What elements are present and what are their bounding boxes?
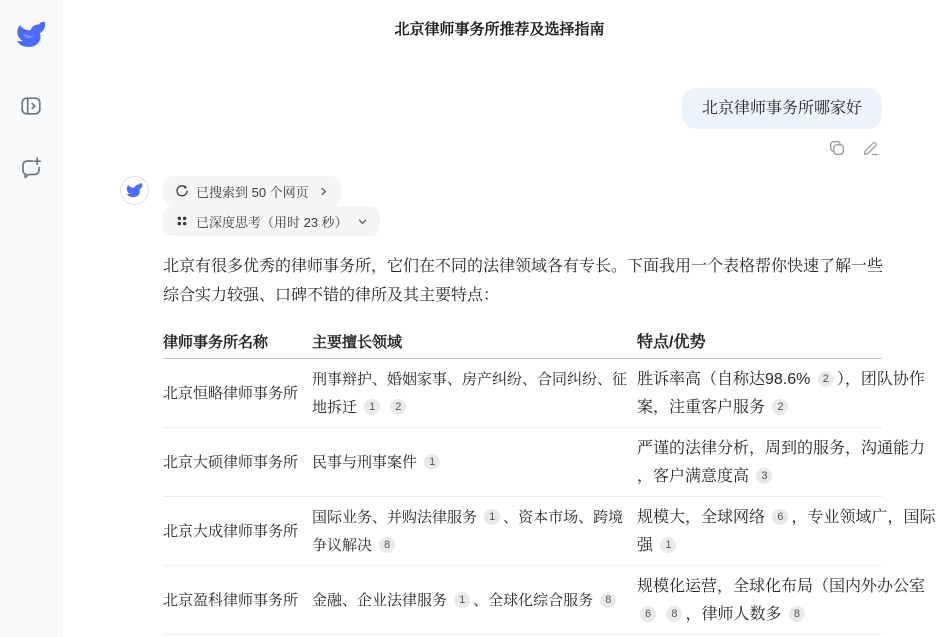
sidebar — [0, 0, 62, 637]
table-header-row: 律师事务所名称 主要擅长领域 特点/优势 — [163, 326, 937, 359]
law-firm-table: 律师事务所名称 主要擅长领域 特点/优势 北京恒略律师事务所刑事辩护、婚姻家事、… — [163, 326, 937, 635]
chevron-down-icon — [357, 216, 368, 227]
firm-name-cell: 北京大硕律师事务所 — [163, 449, 312, 477]
expertise-cell: 刑事辩护、婚姻家事、房产纠纷、合同纠纷、征地拆迁 1 2 — [312, 366, 637, 422]
table-row: 北京大硕律师事务所民事与刑事案件 1严谨的法律分析，周到的服务，沟通能力，客户满… — [163, 428, 937, 497]
table-row: 北京恒略律师事务所刑事辩护、婚姻家事、房产纠纷、合同纠纷、征地拆迁 1 2胜诉率… — [163, 359, 937, 428]
answer-intro-paragraph: 北京有很多优秀的律师事务所，它们在不同的法律领域各有专长。下面我用一个表格帮你快… — [163, 253, 891, 310]
copy-icon[interactable] — [828, 139, 846, 157]
features-cell: 胜诉率高（自称达98.6% 2），团队协作案，注重客户服务 2 — [637, 366, 937, 422]
citation-badge[interactable]: 8 — [600, 592, 616, 608]
citation-badge[interactable]: 8 — [789, 606, 805, 622]
citation-badge[interactable]: 2 — [772, 399, 788, 415]
web-search-icon — [175, 184, 189, 198]
features-cell: 严谨的法律分析，周到的服务，沟通能力，客户满意度高 3 — [637, 435, 937, 491]
message-actions — [163, 139, 882, 157]
assistant-avatar — [120, 176, 149, 205]
features-cell: 规模大，全球网络 6，专业领域广，国际强 1 — [637, 504, 937, 560]
firm-name-cell: 北京大成律师事务所 — [163, 518, 312, 546]
law-firm-table-body: 北京恒略律师事务所刑事辩护、婚姻家事、房产纠纷、合同纠纷、征地拆迁 1 2胜诉率… — [163, 359, 937, 635]
deep-think-chip[interactable]: 已深度思考（用时 23 秒） — [163, 206, 380, 236]
search-status-label: 已搜索到 50 个网页 — [196, 182, 309, 201]
user-message-bubble: 北京律师事务所哪家好 — [682, 88, 882, 129]
assistant-response: 已搜索到 50 个网页 已深度思考（用时 23 秒） — [163, 176, 882, 635]
new-chat-icon[interactable] — [19, 156, 43, 180]
edit-icon[interactable] — [861, 139, 879, 157]
citation-badge[interactable]: 6 — [640, 606, 656, 622]
table-row: 北京盈科律师事务所金融、企业法律服务 1、全球化综合服务 8规模化运营，全球化布… — [163, 566, 937, 635]
citation-badge[interactable]: 2 — [390, 399, 406, 415]
table-row: 北京大成律师事务所国际业务、并购法律服务 1、资本市场、跨境争议解决 8规模大，… — [163, 497, 937, 566]
expertise-cell: 金融、企业法律服务 1、全球化综合服务 8 — [312, 587, 637, 615]
citation-badge[interactable]: 1 — [484, 509, 500, 525]
citation-badge[interactable]: 1 — [364, 399, 380, 415]
citation-badge[interactable]: 6 — [772, 509, 788, 525]
citation-badge[interactable]: 1 — [424, 454, 440, 470]
citation-badge[interactable]: 8 — [379, 537, 395, 553]
chevron-right-icon — [318, 186, 329, 197]
citation-badge[interactable]: 2 — [818, 371, 834, 387]
citation-badge[interactable]: 3 — [756, 468, 772, 484]
table-header-features: 特点/优势 — [637, 329, 937, 357]
deep-think-label: 已深度思考（用时 23 秒） — [196, 212, 348, 231]
citation-badge[interactable]: 1 — [660, 537, 676, 553]
firm-name-cell: 北京恒略律师事务所 — [163, 380, 312, 408]
table-header-expertise: 主要擅长领域 — [312, 329, 637, 357]
deepseek-whale-logo — [14, 18, 48, 52]
search-status-chip[interactable]: 已搜索到 50 个网页 — [163, 176, 341, 206]
expertise-cell: 民事与刑事案件 1 — [312, 449, 637, 477]
firm-name-cell: 北京盈科律师事务所 — [163, 587, 312, 615]
features-cell: 规模化运营，全球化布局（国内外办公室6 8，律师人数多 8 — [637, 573, 937, 629]
expertise-cell: 国际业务、并购法律服务 1、资本市场、跨境争议解决 8 — [312, 504, 637, 560]
citation-badge[interactable]: 1 — [454, 592, 470, 608]
chat-column: 北京律师事务所哪家好 — [163, 0, 882, 635]
table-header-firm: 律师事务所名称 — [163, 329, 312, 357]
deep-think-icon — [175, 214, 189, 228]
sidebar-toggle-icon[interactable] — [19, 94, 43, 118]
citation-badge[interactable]: 8 — [666, 606, 682, 622]
